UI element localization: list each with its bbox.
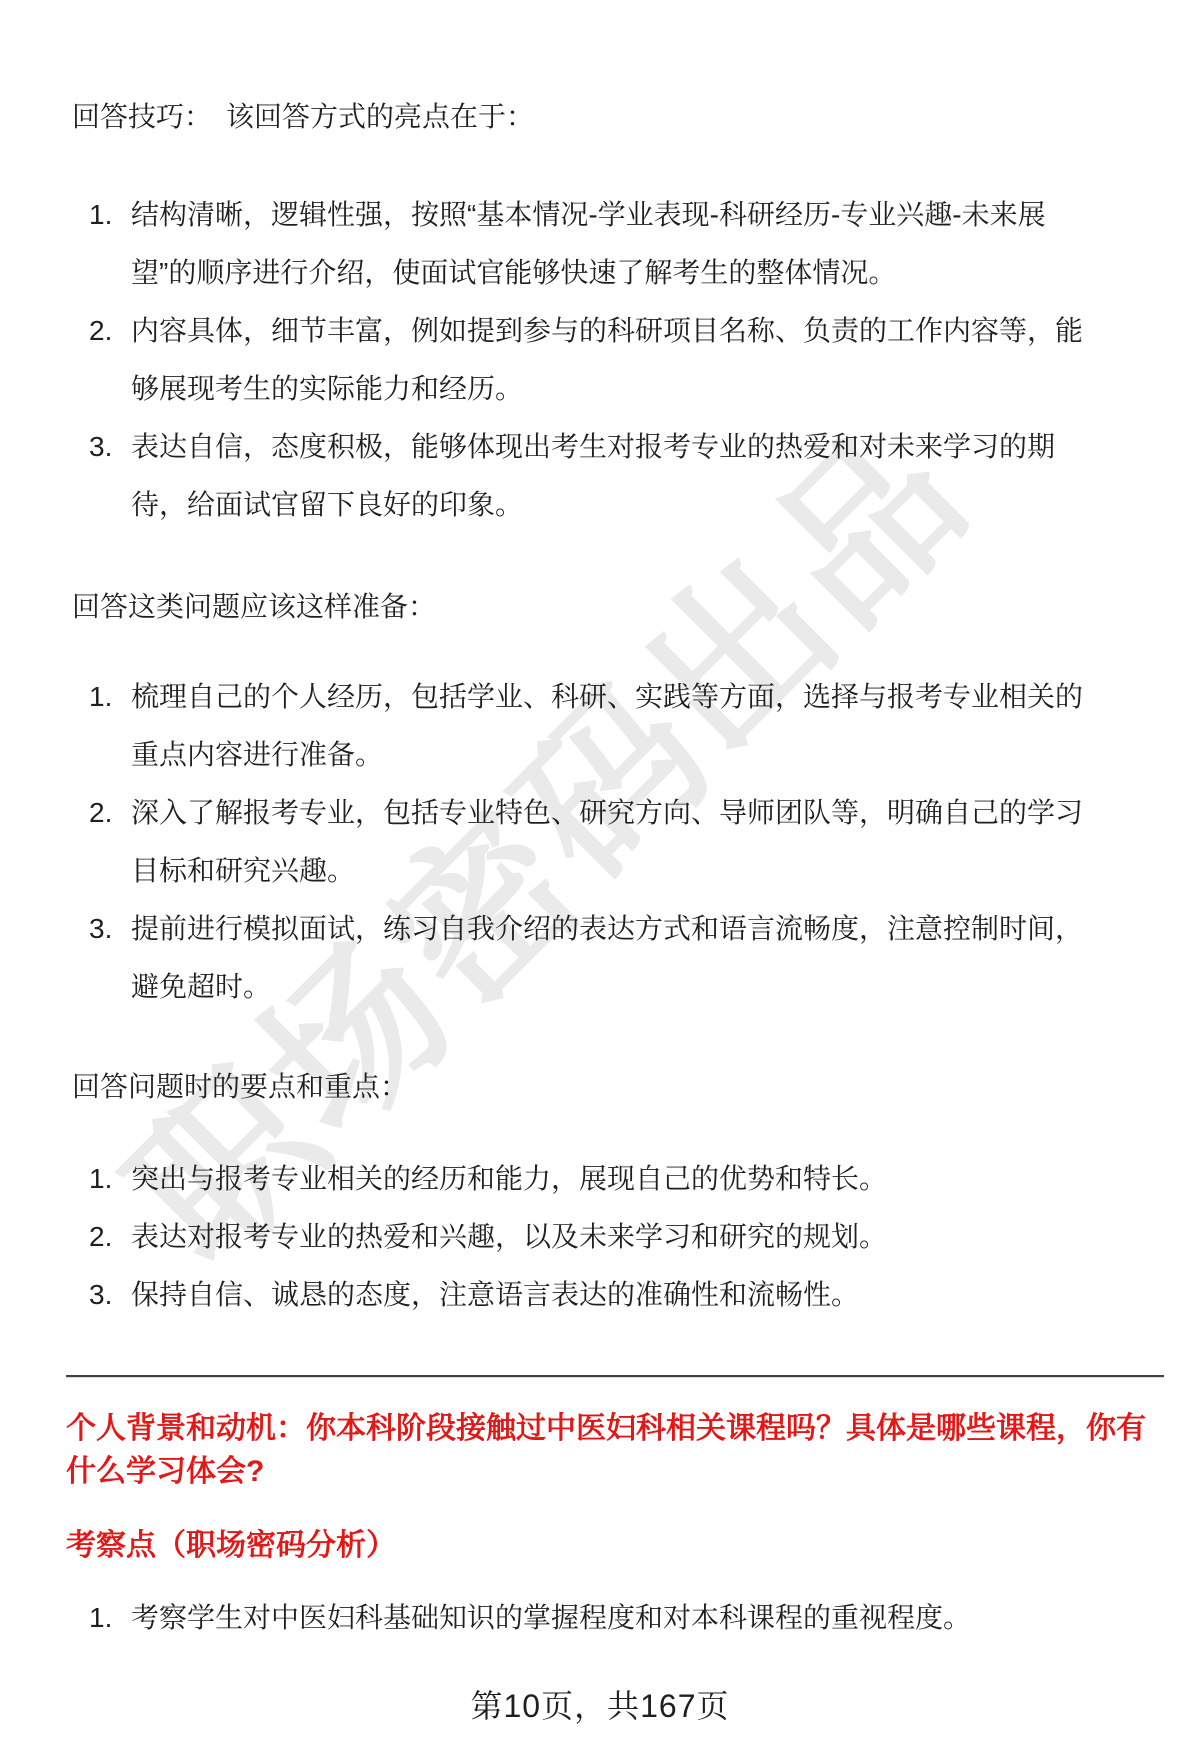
item-number: 1. — [89, 1150, 131, 1208]
section-divider — [66, 1375, 1164, 1378]
list-item: 3. 保持自信、诚恳的态度，注意语言表达的准确性和流畅性。 — [66, 1266, 1134, 1324]
document-page: 回答技巧： 该回答方式的亮点在于： 1. 结构清晰，逻辑性强，按照“基本情况-学… — [0, 88, 1200, 1735]
item-number: 1. — [89, 186, 131, 244]
item-line: 待，给面试官留下良好的印象。 — [131, 476, 1134, 534]
item-number: 2. — [89, 302, 131, 360]
item-line: 内容具体，细节丰富，例如提到参与的科研项目名称、负责的工作内容等，能 — [131, 302, 1134, 360]
question-heading: 个人背景和动机：你本科阶段接触过中医妇科相关课程吗？具体是哪些课程，你有 什么学… — [66, 1407, 1134, 1493]
list-item: 2. 深入了解报考专业，包括专业特色、研究方向、导师团队等，明确自己的学习 目标… — [66, 784, 1134, 900]
list-item: 1. 梳理自己的个人经历，包括学业、科研、实践等方面，选择与报考专业相关的 重点… — [66, 668, 1134, 784]
item-line: 表达对报考专业的热爱和兴趣，以及未来学习和研究的规划。 — [131, 1208, 1134, 1266]
question-heading-line: 个人背景和动机：你本科阶段接触过中医妇科相关课程吗？具体是哪些课程，你有 — [66, 1407, 1134, 1450]
item-number: 2. — [89, 784, 131, 842]
section-heading-key-points: 回答问题时的要点和重点： — [66, 1058, 1134, 1116]
list-item: 2. 表达对报考专业的热爱和兴趣，以及未来学习和研究的规划。 — [66, 1208, 1134, 1266]
page-indicator: 第10页，共167页 — [66, 1677, 1134, 1735]
item-number: 3. — [89, 418, 131, 476]
item-line: 提前进行模拟面试，练习自我介绍的表达方式和语言流畅度，注意控制时间， — [131, 900, 1134, 958]
list-item: 1. 考察学生对中医妇科基础知识的掌握程度和对本科课程的重视程度。 — [66, 1589, 1134, 1647]
item-line: 梳理自己的个人经历，包括学业、科研、实践等方面，选择与报考专业相关的 — [131, 668, 1134, 726]
item-number: 1. — [89, 668, 131, 726]
item-line: 深入了解报考专业，包括专业特色、研究方向、导师团队等，明确自己的学习 — [131, 784, 1134, 842]
item-line: 表达自信，态度积极，能够体现出考生对报考专业的热爱和对未来学习的期 — [131, 418, 1134, 476]
exam-points-list: 1. 考察学生对中医妇科基础知识的掌握程度和对本科课程的重视程度。 — [66, 1589, 1134, 1647]
item-number: 1. — [89, 1589, 131, 1647]
section-heading-preparation: 回答这类问题应该这样准备： — [66, 578, 1134, 636]
list-item: 3. 提前进行模拟面试，练习自我介绍的表达方式和语言流畅度，注意控制时间， 避免… — [66, 900, 1134, 1016]
item-number: 2. — [89, 1208, 131, 1266]
exam-point-heading: 考察点（职场密码分析） — [66, 1524, 1134, 1567]
item-line: 结构清晰，逻辑性强，按照“基本情况-学业表现-科研经历-专业兴趣-未来展 — [131, 186, 1134, 244]
item-line: 避免超时。 — [131, 958, 1134, 1016]
key-points-list: 1. 突出与报考专业相关的经历和能力，展现自己的优势和特长。 2. 表达对报考专… — [66, 1150, 1134, 1324]
list-item: 2. 内容具体，细节丰富，例如提到参与的科研项目名称、负责的工作内容等，能 够展… — [66, 302, 1134, 418]
item-number: 3. — [89, 900, 131, 958]
list-item: 1. 突出与报考专业相关的经历和能力，展现自己的优势和特长。 — [66, 1150, 1134, 1208]
section-heading-answer-tips: 回答技巧： 该回答方式的亮点在于： — [66, 88, 1134, 146]
item-line: 望”的顺序进行介绍，使面试官能够快速了解考生的整体情况。 — [131, 244, 1134, 302]
question-heading-line: 什么学习体会? — [66, 1450, 1134, 1493]
item-line: 保持自信、诚恳的态度，注意语言表达的准确性和流畅性。 — [131, 1266, 1134, 1324]
item-line: 目标和研究兴趣。 — [131, 842, 1134, 900]
item-line: 考察学生对中医妇科基础知识的掌握程度和对本科课程的重视程度。 — [131, 1589, 1134, 1647]
list-item: 1. 结构清晰，逻辑性强，按照“基本情况-学业表现-科研经历-专业兴趣-未来展 … — [66, 186, 1134, 302]
item-line: 重点内容进行准备。 — [131, 726, 1134, 784]
answer-tips-list: 1. 结构清晰，逻辑性强，按照“基本情况-学业表现-科研经历-专业兴趣-未来展 … — [66, 186, 1134, 534]
item-number: 3. — [89, 1266, 131, 1324]
item-line: 够展现考生的实际能力和经历。 — [131, 360, 1134, 418]
preparation-list: 1. 梳理自己的个人经历，包括学业、科研、实践等方面，选择与报考专业相关的 重点… — [66, 668, 1134, 1016]
item-line: 突出与报考专业相关的经历和能力，展现自己的优势和特长。 — [131, 1150, 1134, 1208]
list-item: 3. 表达自信，态度积极，能够体现出考生对报考专业的热爱和对未来学习的期 待，给… — [66, 418, 1134, 534]
